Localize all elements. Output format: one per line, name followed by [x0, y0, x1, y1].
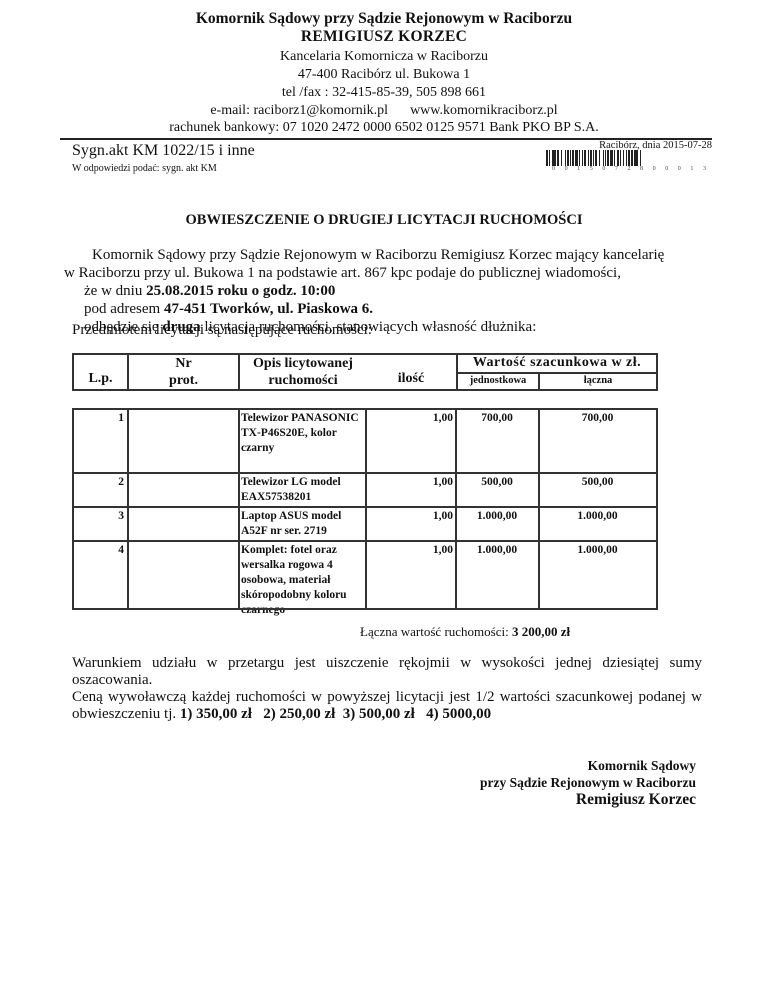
email-link[interactable]: raciborz1@komornik.pl — [253, 103, 388, 118]
header-opis-line1: Opis licytowanej — [240, 355, 366, 372]
intro-line-3: że w dniu 25.08.2015 roku o godz. 10:00 — [72, 282, 702, 300]
column-border — [455, 408, 457, 610]
date-label: że w dniu — [84, 283, 146, 299]
bank-account: rachunek bankowy: 07 1020 2472 0000 6502… — [0, 120, 768, 136]
barcode-digit: 0 — [678, 166, 681, 172]
cell-lp: 3 — [74, 509, 124, 524]
cell-ilosc: 1,00 — [368, 543, 453, 558]
barcode-digit: 3 — [703, 166, 706, 172]
barcode-digit: 0 — [665, 166, 668, 172]
document-title: OBWIESZCZENIE O DRUGIEJ LICYTACJI RUCHOM… — [0, 212, 768, 229]
signature-court: przy Sądzie Rejonowym w Raciborzu — [480, 775, 696, 791]
header-opis: Opis licytowanejruchomości — [240, 355, 366, 389]
cell-ilosc: 1,00 — [368, 411, 453, 426]
column-border — [72, 408, 74, 610]
case-signature-note: W odpowiedzi podać: sygn. akt KM — [72, 163, 217, 174]
intro-line-1: Komornik Sądowy przy Sądzie Rejonowym w … — [72, 246, 702, 264]
deposit-condition: Warunkiem udziału w przetargu jest uiszc… — [72, 655, 702, 689]
header-opis-line2: ruchomości — [240, 372, 366, 389]
cell-jednostkowa: 1.000,00 — [458, 543, 536, 558]
header-lp: L.p. — [74, 371, 127, 387]
cell-opis: Komplet: fotel oraz wersalka rogowa 4 os… — [241, 543, 361, 618]
total-value: 3 200,00 zł — [512, 624, 570, 639]
barcode-digit: 8 — [640, 166, 643, 172]
header-nr-line2: prot. — [129, 372, 238, 389]
header-bottom-border — [72, 389, 658, 391]
email-label: e-mail: — [210, 103, 253, 118]
items-intro: Przedmiotem licytacji są następujące ruc… — [72, 322, 372, 339]
office-name: Kancelaria Komornicza w Raciborzu — [0, 49, 768, 65]
address-label: pod adresem — [84, 301, 164, 317]
barcode-digit: 7 — [615, 166, 618, 172]
starting-price-paragraph: Ceną wywoławczą każdej ruchomości w powy… — [72, 689, 702, 723]
barcode-digit: 0 — [565, 166, 568, 172]
cell-jednostkowa: 1.000,00 — [458, 509, 536, 524]
cell-ilosc: 1,00 — [368, 475, 453, 490]
bailiff-name: REMIGIUSZ KORZEC — [0, 28, 768, 46]
bailiff-office-name: Komornik Sądowy przy Sądzie Rejonowym w … — [0, 10, 768, 28]
cell-lp: 1 — [74, 411, 124, 426]
header-nr-prot: Nrprot. — [129, 355, 238, 389]
barcode-digit: 1 — [690, 166, 693, 172]
intro-line-4: pod adresem 47-451 Tworków, ul. Piaskowa… — [72, 300, 702, 318]
cell-opis: Telewizor PANASONIC TX-P46S20E, kolor cz… — [241, 411, 361, 456]
office-phone: tel /fax : 32-415-85-39, 505 898 661 — [0, 85, 768, 101]
barcode-digits: 0015072800013 — [546, 166, 712, 172]
auction-datetime: 25.08.2015 roku o godz. 10:00 — [146, 283, 335, 299]
cell-laczna: 1.000,00 — [541, 509, 654, 524]
barcode-digit: 2 — [627, 166, 630, 172]
website-link[interactable]: www.komornikraciborz.pl — [410, 103, 558, 118]
column-border — [538, 408, 540, 610]
barcode-digit: 0 — [653, 166, 656, 172]
cell-opis: Laptop ASUS model A52F nr ser. 2719 — [241, 509, 361, 539]
barcode-digit: 0 — [552, 166, 555, 172]
cell-lp: 2 — [74, 475, 124, 490]
header-ilosc: ilość — [366, 371, 456, 387]
office-address: 47-400 Racibórz ul. Bukowa 1 — [0, 67, 768, 83]
column-border — [127, 408, 129, 610]
signature-name: Remigiusz Korzec — [576, 791, 696, 809]
barcode-digit: 0 — [602, 166, 605, 172]
header-jednostkowa: jednostkowa — [458, 375, 538, 386]
barcode-digit: 5 — [590, 166, 593, 172]
header-nr-line1: Nr — [129, 355, 238, 372]
cell-opis: Telewizor LG model EAX57538201 — [241, 475, 361, 505]
header-wartosc: Wartość szacunkowa w zł. — [458, 355, 656, 371]
header-laczna: łączna — [540, 375, 656, 386]
auction-address: 47-451 Tworków, ul. Piaskowa 6. — [164, 301, 373, 317]
total-value-line: Łączna wartość ruchomości: 3 200,00 zł — [360, 624, 570, 640]
cell-laczna: 1.000,00 — [541, 543, 654, 558]
cell-jednostkowa: 700,00 — [458, 411, 536, 426]
cell-lp: 4 — [74, 543, 124, 558]
case-signature: Sygn.akt KM 1022/15 i inne — [72, 142, 255, 160]
total-label: Łączna wartość ruchomości: — [360, 624, 512, 639]
cell-ilosc: 1,00 — [368, 509, 453, 524]
column-border — [238, 408, 240, 610]
intro-line-2: w Raciborzu przy ul. Bukowa 1 na podstaw… — [64, 264, 702, 282]
cell-jednostkowa: 500,00 — [458, 475, 536, 490]
header-right-border — [656, 353, 658, 391]
column-border — [365, 408, 367, 610]
cell-laczna: 500,00 — [541, 475, 654, 490]
barcode-digit: 1 — [577, 166, 580, 172]
signature-title: Komornik Sądowy — [588, 758, 696, 774]
cell-laczna: 700,00 — [541, 411, 654, 426]
header-sub-border — [456, 372, 658, 374]
column-border — [656, 408, 658, 610]
starting-prices: 1) 350,00 zł 2) 250,00 zł 3) 500,00 zł 4… — [180, 706, 491, 722]
office-contact: e-mail: raciborz1@komornik.plwww.komorni… — [0, 103, 768, 119]
